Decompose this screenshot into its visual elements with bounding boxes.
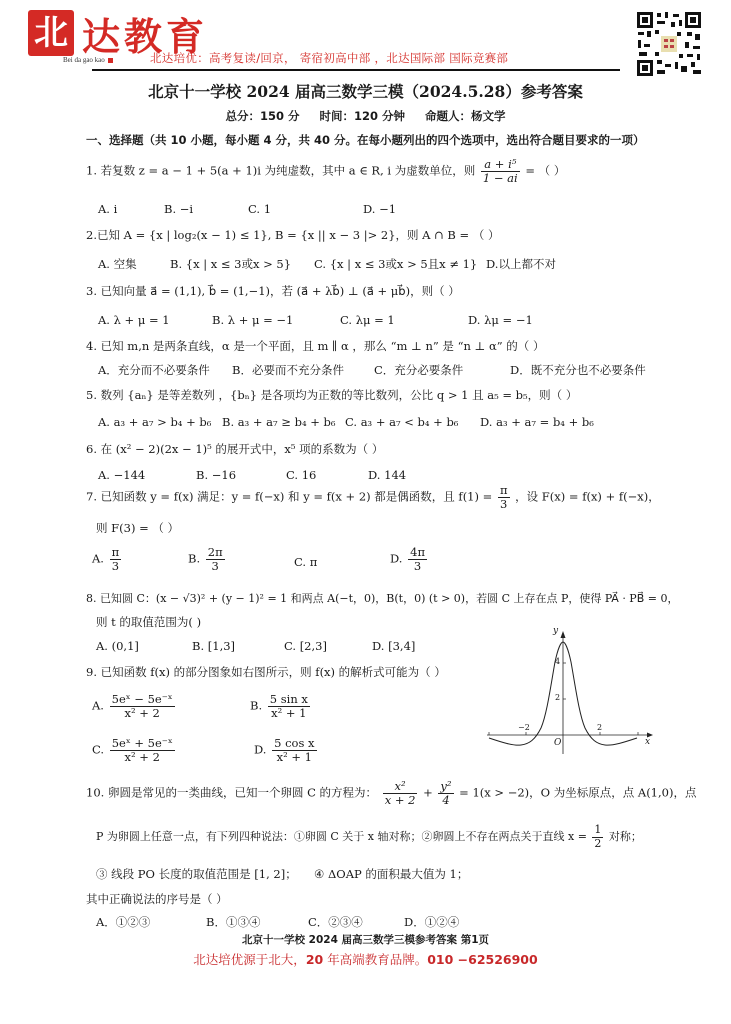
option-c[interactable]: C．②③④ bbox=[308, 914, 363, 930]
statement-3: ③ 线段 PO 长度的取值范围是 [1, 2]； bbox=[96, 866, 297, 882]
option-d[interactable]: D. 144 bbox=[368, 468, 406, 482]
qr-code-icon bbox=[635, 10, 703, 78]
option-fraction: 5 cos xx² + 1 bbox=[272, 737, 316, 764]
fraction-numerator: 2π bbox=[206, 546, 225, 560]
question-10-options: A．①②③ B．①③④ C．②③④ D．①②④ bbox=[0, 914, 731, 930]
header-slogan: 北达培优：高考复读/回京， 寄宿初高中部 ，北达国际部 国际竞赛部 bbox=[150, 50, 508, 66]
y-tick-label: 4 bbox=[555, 657, 560, 666]
logo-subtitle: Bei da gao kao bbox=[63, 56, 113, 64]
fraction-denominator: 3 bbox=[206, 560, 225, 573]
option-b[interactable]: B. −i bbox=[164, 202, 193, 216]
document-title: 北京十一学校 2024 届高三数学三模（2024.5.28）参考答案 bbox=[0, 80, 731, 102]
option-d[interactable]: D. [3,4] bbox=[372, 639, 415, 653]
fraction-numerator: y² bbox=[438, 780, 453, 794]
fraction-denominator: x + 2 bbox=[383, 794, 418, 807]
fraction-denominator: x² + 1 bbox=[268, 707, 310, 720]
footer-ad-years: 20 bbox=[306, 952, 323, 967]
question-1-options: A. i B. −i C. 1 D. −1 bbox=[0, 202, 731, 218]
meta-author: 命题人：杨文学 bbox=[425, 109, 506, 123]
footer-ad-text-2: 年高端教育品牌。 bbox=[323, 952, 427, 967]
question-2: 2.已知 A = {x | log₂(x − 1) ≤ 1}, B = {x |… bbox=[86, 227, 499, 243]
question-10-stem-end: = 1(x > −2)，O 为坐标原点，点 A(1,0)，点 bbox=[456, 786, 697, 800]
option-b[interactable]: B. {x | x ≤ 3或x > 5} bbox=[170, 256, 291, 272]
question-1: 1. 若复数 z = a − 1 + 5(a + 1)i 为纯虚数，其中 a ∈… bbox=[86, 158, 565, 185]
question-10: 10. 卵圆是常见的一类曲线，已知一个卵圆 C 的方程为： x²x + 2 + … bbox=[86, 780, 696, 807]
question-8-line-2: 则 t 的取值范围为( ) bbox=[96, 614, 201, 630]
option-c[interactable]: C. {x | x ≤ 3或x > 5且x ≠ 1} bbox=[314, 256, 477, 272]
fraction-denominator: x² + 2 bbox=[110, 751, 175, 764]
fraction-numerator: 5 sin x bbox=[268, 693, 310, 707]
option-label: C. bbox=[294, 555, 306, 569]
x-axis-label: x bbox=[645, 737, 650, 747]
option-b[interactable]: B．必要而不充分条件 bbox=[232, 362, 344, 378]
footer-ad: 北达培优源于北大，20 年高端教育品牌。010 −62526900 bbox=[0, 950, 731, 968]
option-a[interactable]: A. π3 bbox=[92, 546, 123, 573]
meta-time: 时间：120 分钟 bbox=[320, 109, 406, 123]
fraction-numerator: x² bbox=[383, 780, 418, 794]
statement-4: ④ ΔOAP 的面积最大值为 1； bbox=[314, 866, 468, 882]
option-b[interactable]: B. λ + μ = −1 bbox=[212, 313, 293, 327]
option-label: B. bbox=[250, 699, 262, 713]
question-4-options: A．充分而不必要条件 B．必要而不充分条件 C．充分必要条件 D．既不充分也不必… bbox=[0, 362, 731, 378]
option-c[interactable]: C. π bbox=[294, 555, 317, 569]
option-c[interactable]: C. 5eˣ + 5e⁻ˣx² + 2 bbox=[92, 737, 177, 764]
fraction-denominator: 3 bbox=[408, 560, 427, 573]
question-9: 9. 已知函数 f(x) 的部分图象如右图所示，则 f(x) 的解析式可能为（ … bbox=[86, 664, 446, 680]
option-a[interactable]: A. a₃ + a₇ > b₄ + b₆ bbox=[98, 415, 211, 429]
option-c[interactable]: C. λμ = 1 bbox=[340, 313, 395, 327]
question-6: 6. 在 (x² − 2)(2x − 1)⁵ 的展开式中，x⁵ 项的系数为（ ） bbox=[86, 441, 383, 457]
fraction-denominator: x² + 2 bbox=[110, 707, 175, 720]
question-10-line-2: P 为卵圆上任意一点，有下列四种说法：①卵圆 C 关于 x 轴对称；②卵圆上不存… bbox=[96, 824, 642, 850]
page-footer-label: 北京十一学校 2024 届高三数学三模参考答案 第1页 bbox=[0, 932, 731, 947]
option-a[interactable]: A. (0,1] bbox=[96, 639, 139, 653]
option-label: A. bbox=[92, 699, 104, 713]
statement-2-end: 对称； bbox=[605, 830, 642, 843]
question-10-line-4: 其中正确说法的序号是（ ） bbox=[86, 891, 228, 907]
option-value: π bbox=[310, 555, 318, 569]
document-meta: 总分：150 分 时间：120 分钟 命题人：杨文学 bbox=[0, 108, 731, 124]
question-7-line-2: 则 F(3) = （ ） bbox=[96, 520, 179, 536]
option-fraction: 4π3 bbox=[408, 546, 427, 573]
fraction-numerator: 5 cos x bbox=[272, 737, 316, 751]
option-fraction: 2π3 bbox=[206, 546, 225, 573]
question-7: 7. 已知函数 y = f(x) 满足：y = f(−x) 和 y = f(x … bbox=[86, 484, 660, 511]
fraction-denominator: 1 − ai bbox=[481, 172, 520, 185]
question-2-options: A. 空集 B. {x | x ≤ 3或x > 5} C. {x | x ≤ 3… bbox=[0, 256, 731, 272]
question-7-fraction: π3 bbox=[498, 484, 510, 511]
plus-sign: + bbox=[419, 786, 436, 800]
function-graph-figure: y x O 4 2 −2 2 bbox=[485, 628, 655, 758]
option-d[interactable]: D.以上都不对 bbox=[486, 256, 556, 272]
option-fraction: 5eˣ − 5e⁻ˣx² + 2 bbox=[110, 693, 175, 720]
fraction-denominator: 4 bbox=[438, 794, 453, 807]
question-10-fraction-3: 12 bbox=[592, 824, 603, 850]
option-a[interactable]: A. 5eˣ − 5e⁻ˣx² + 2 bbox=[92, 693, 177, 720]
fraction-denominator: x² + 1 bbox=[272, 751, 316, 764]
footer-ad-text: 北达培优源于北大， bbox=[193, 952, 306, 967]
option-a[interactable]: A. −144 bbox=[98, 468, 145, 482]
question-1-fraction: a + i⁵1 − ai bbox=[481, 158, 520, 185]
question-1-stem: 1. 若复数 z = a − 1 + 5(a + 1)i 为纯虚数，其中 a ∈… bbox=[86, 164, 475, 178]
question-8-options: A. (0,1] B. [1,3] C. [2,3] D. [3,4] bbox=[0, 639, 480, 655]
question-8: 8. 已知圆 C：(x − √3)² + (y − 1)² = 1 和两点 A(… bbox=[86, 590, 678, 606]
question-5: 5. 数列 {aₙ} 是等差数列 ，{bₙ} 是各项均为正数的等比数列，公比 q… bbox=[86, 387, 577, 403]
option-b[interactable]: B. [1,3] bbox=[192, 639, 235, 653]
logo-mark: 北 bbox=[28, 10, 74, 56]
statements-1-2: P 为卵圆上任意一点，有下列四种说法：①卵圆 C 关于 x 轴对称；②卵圆上不存… bbox=[96, 830, 587, 843]
option-fraction: π3 bbox=[110, 546, 122, 573]
option-d[interactable]: D. −1 bbox=[363, 202, 396, 216]
question-4: 4. 已知 m,n 是两条直线，α 是一个平面，且 m ∥ α ，那么 “m ⊥… bbox=[86, 338, 544, 354]
option-label: D. bbox=[254, 743, 266, 757]
fraction-numerator: 1 bbox=[592, 824, 603, 838]
question-7-options: A. π3 B. 2π3 C. π D. 4π3 bbox=[0, 546, 731, 582]
footer-phone: 010 −62526900 bbox=[427, 952, 538, 967]
option-d[interactable]: D．既不充分也不必要条件 bbox=[510, 362, 646, 378]
question-6-options: A. −144 B. −16 C. 16 D. 144 bbox=[0, 468, 731, 484]
question-1-stem-end: = （ ） bbox=[525, 164, 565, 178]
question-10-line-3: ③ 线段 PO 长度的取值范围是 [1, 2]； ④ ΔOAP 的面积最大值为 … bbox=[0, 866, 731, 882]
question-7-stem: 7. 已知函数 y = f(x) 满足：y = f(−x) 和 y = f(x … bbox=[86, 490, 492, 504]
option-b[interactable]: B. −16 bbox=[196, 468, 236, 482]
option-c[interactable]: C. 1 bbox=[248, 202, 271, 216]
fraction-numerator: 4π bbox=[408, 546, 427, 560]
fraction-numerator: 5eˣ − 5e⁻ˣ bbox=[110, 693, 175, 707]
option-fraction: 5eˣ + 5e⁻ˣx² + 2 bbox=[110, 737, 175, 764]
question-5-options: A. a₃ + a₇ > b₄ + b₆ B. a₃ + a₇ ≥ b₄ + b… bbox=[0, 415, 731, 431]
option-c[interactable]: C．充分必要条件 bbox=[374, 362, 463, 378]
fraction-numerator: a + i⁵ bbox=[481, 158, 520, 172]
logo-subtitle-text: Bei da gao kao bbox=[63, 56, 105, 64]
x-tick-label: −2 bbox=[518, 723, 530, 732]
option-d[interactable]: D．①②④ bbox=[404, 914, 459, 930]
y-axis-label: y bbox=[553, 626, 558, 636]
meta-total: 总分：150 分 bbox=[225, 109, 299, 123]
option-b[interactable]: B. 2π3 bbox=[188, 546, 227, 573]
x-tick-label: 2 bbox=[597, 723, 602, 732]
question-3-options: A. λ + μ = 1 B. λ + μ = −1 C. λμ = 1 D. … bbox=[0, 313, 731, 329]
fraction-numerator: π bbox=[498, 484, 510, 498]
option-b[interactable]: B. a₃ + a₇ ≥ b₄ + b₆ bbox=[222, 415, 335, 429]
question-9-options: A. 5eˣ − 5e⁻ˣx² + 2 B. 5 sin xx² + 1 C. … bbox=[0, 693, 480, 783]
option-b[interactable]: B．①③④ bbox=[206, 914, 260, 930]
option-d[interactable]: D. a₃ + a₇ = b₄ + b₆ bbox=[480, 415, 594, 429]
origin-label: O bbox=[554, 738, 561, 748]
question-10-stem: 10. 卵圆是常见的一类曲线，已知一个卵圆 C 的方程为： bbox=[86, 786, 377, 800]
fraction-denominator: 3 bbox=[498, 498, 510, 511]
option-a[interactable]: A. λ + μ = 1 bbox=[98, 313, 170, 327]
option-fraction: 5 sin xx² + 1 bbox=[268, 693, 310, 720]
option-label: A. bbox=[92, 552, 104, 566]
option-d[interactable]: D. λμ = −1 bbox=[468, 313, 533, 327]
option-label: D. bbox=[390, 552, 402, 566]
option-a[interactable]: A．充分而不必要条件 bbox=[98, 362, 210, 378]
option-c[interactable]: C. a₃ + a₇ < b₄ + b₆ bbox=[345, 415, 458, 429]
logo-dot-icon bbox=[108, 58, 113, 63]
option-label: C. bbox=[92, 743, 104, 757]
question-10-fraction-1: x²x + 2 bbox=[383, 780, 418, 807]
option-a[interactable]: A．①②③ bbox=[96, 914, 150, 930]
question-3: 3. 已知向量 a⃗ = (1,1), b⃗ = (1,−1)，若 (a⃗ + … bbox=[86, 283, 460, 299]
fraction-numerator: 5eˣ + 5e⁻ˣ bbox=[110, 737, 175, 751]
option-d[interactable]: D. 5 cos xx² + 1 bbox=[254, 737, 319, 764]
fraction-numerator: π bbox=[110, 546, 122, 560]
fraction-denominator: 3 bbox=[110, 560, 122, 573]
y-tick-label: 2 bbox=[555, 693, 560, 702]
option-a[interactable]: A. 空集 bbox=[98, 256, 137, 272]
option-b[interactable]: B. 5 sin xx² + 1 bbox=[250, 693, 312, 720]
option-a[interactable]: A. i bbox=[98, 202, 117, 216]
fraction-denominator: 2 bbox=[592, 838, 603, 851]
option-label: B. bbox=[188, 552, 200, 566]
option-d[interactable]: D. 4π3 bbox=[390, 546, 429, 573]
header-divider bbox=[92, 69, 620, 71]
question-7-stem-end: ，设 F(x) = f(x) + f(−x)， bbox=[515, 490, 660, 504]
question-10-fraction-2: y²4 bbox=[438, 780, 453, 807]
section-heading: 一、选择题（共 10 小题，每小题 4 分，共 40 分。在每小题列出的四个选项… bbox=[86, 132, 645, 148]
option-c[interactable]: C. 16 bbox=[286, 468, 316, 482]
option-c[interactable]: C. [2,3] bbox=[284, 639, 327, 653]
